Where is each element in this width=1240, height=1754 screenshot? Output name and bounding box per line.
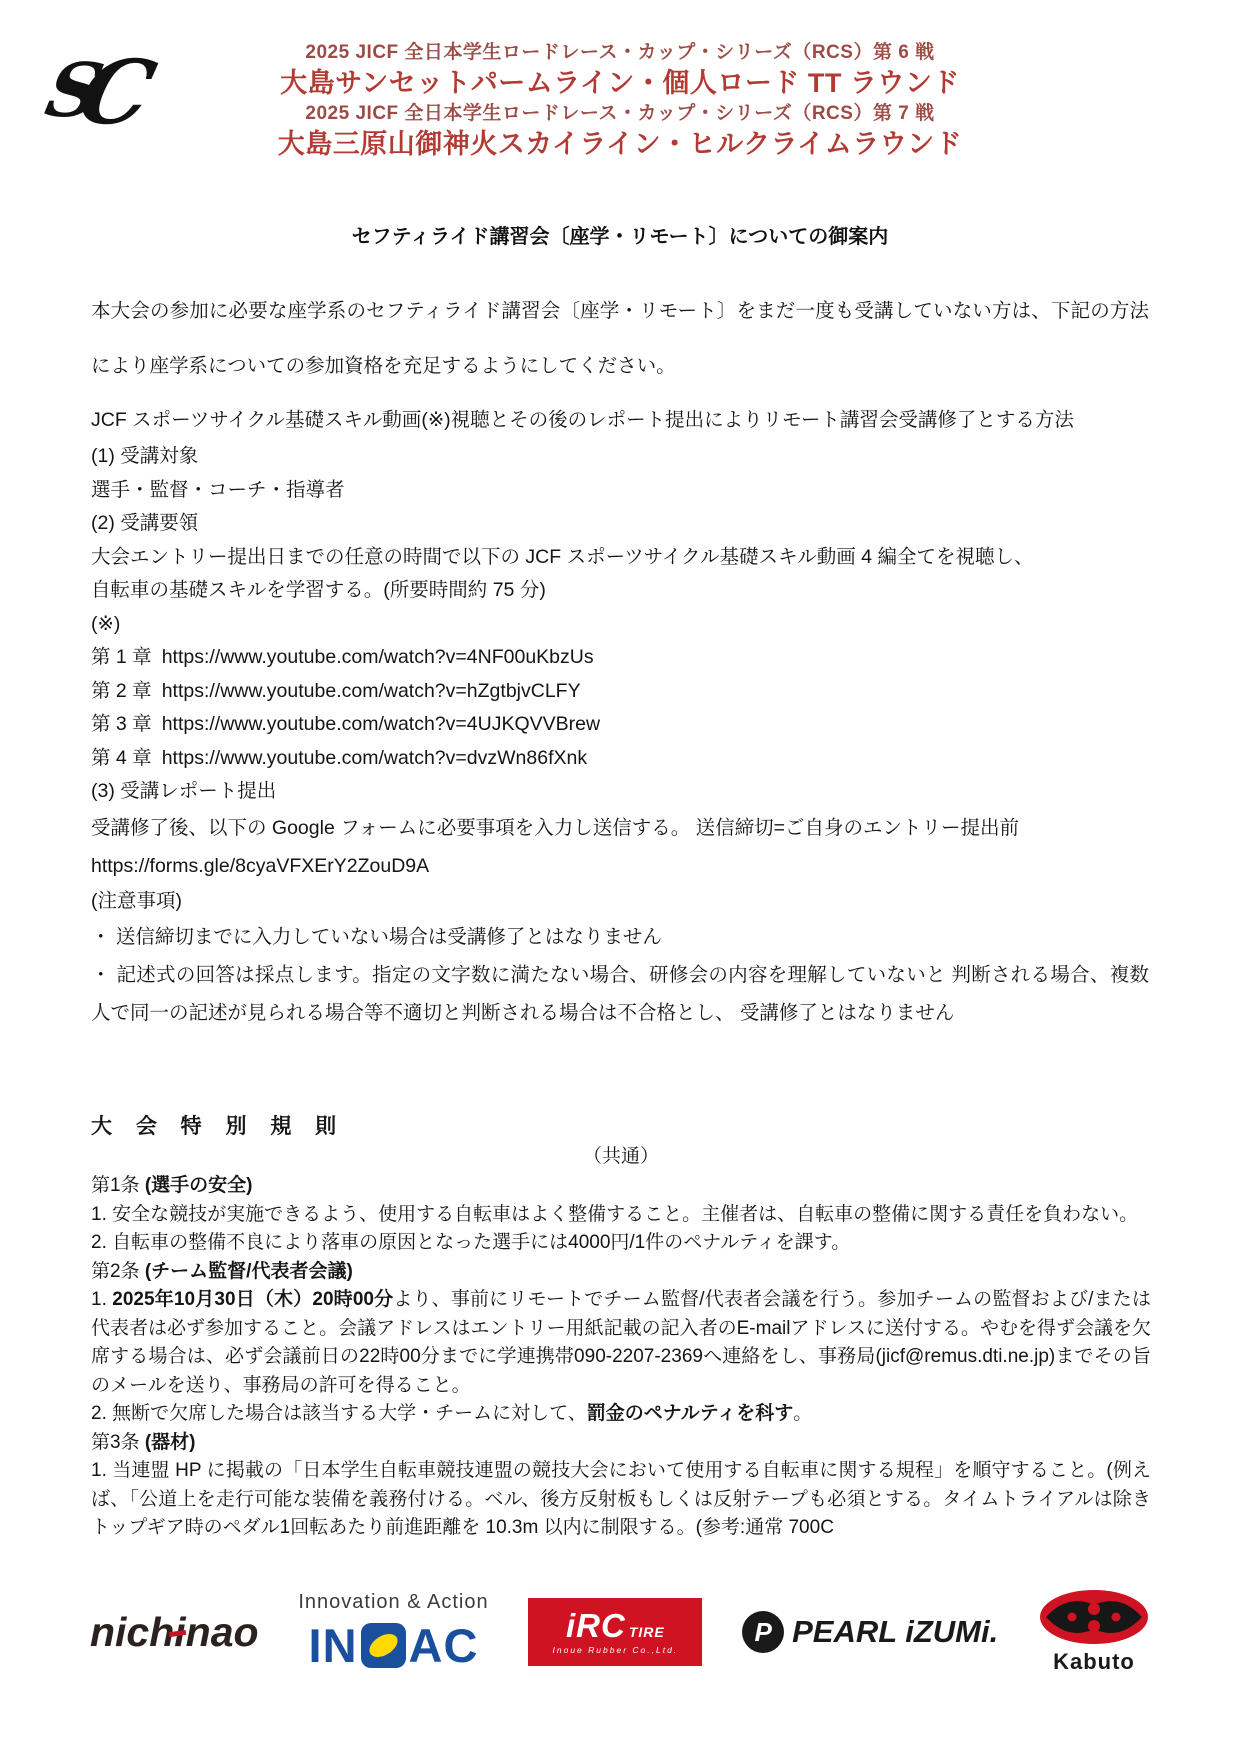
article-1-item-1: 1. 安全な競技が実施できるよう、使用する自転車はよく整備すること。主催者は、自… xyxy=(91,1201,1151,1230)
irc-wordmark: iRC TIRE xyxy=(566,1609,665,1642)
article-1-item-2: 2. 自転車の整備不良により落車の原因となった選手には4000円/1件のペナルテ… xyxy=(91,1229,1151,1258)
article-2-item-2-prefix: 2. 無断で欠席した場合は該当する大学・チームに対して、 xyxy=(91,1403,587,1424)
notice-body: 本大会の参加に必要な座学系のセフティライド講習会〔座学・リモート〕をまだ一度も受… xyxy=(91,284,1149,1032)
notes-label: (注意事項) xyxy=(91,885,1149,919)
article-2-item-2-penalty-bold: 罰金のペナルティを科す xyxy=(587,1403,794,1424)
irc-letters: iRC xyxy=(566,1609,626,1642)
google-form-link-row: https://forms.gle/8cyaVFXErY2ZouD9A xyxy=(91,847,1149,885)
chapter-2-link-row: 第 2 章https://www.youtube.com/watch?v=hZg… xyxy=(91,675,1149,709)
event-header: 2025 JICF 全日本学生ロードレース・カップ・シリーズ（RCS）第 6 戦… xyxy=(0,40,1240,162)
kabuto-emblem-icon xyxy=(1038,1589,1150,1647)
inoac-letters-ac: AC xyxy=(409,1618,479,1673)
item1-label: (1) 受講対象 xyxy=(91,440,1149,474)
article-3-number: 第3条 xyxy=(91,1432,145,1453)
intro-paragraph: 本大会の参加に必要な座学系のセフティライド講習会〔座学・リモート〕をまだ一度も受… xyxy=(91,284,1149,394)
chapter-4-label: 第 4 章 xyxy=(91,747,152,769)
method-paragraph: JCF スポーツサイクル基礎スキル動画(※)視聴とその後のレポート提出によりリモ… xyxy=(91,400,1149,440)
chapter-1-link-row: 第 1 章https://www.youtube.com/watch?v=4NF… xyxy=(91,641,1149,675)
chapter-4-url-link[interactable]: https://www.youtube.com/watch?v=dvzWn86f… xyxy=(162,747,587,769)
chapter-1-url-link[interactable]: https://www.youtube.com/watch?v=4NF00uKb… xyxy=(162,646,594,668)
event-title-hillclimb-round: 大島三原山御神火スカイライン・ヒルクライムラウンド xyxy=(0,127,1240,162)
document-page: S C 2025 JICF 全日本学生ロードレース・カップ・シリーズ（RCS）第… xyxy=(0,0,1240,1754)
pearl-izumi-p-icon: P xyxy=(742,1611,784,1653)
sponsor-logo-row: NICHINAO Innovation & Action IN AC iRC T… xyxy=(90,1580,1150,1684)
series-line-rcs6: 2025 JICF 全日本学生ロードレース・カップ・シリーズ（RCS）第 6 戦 xyxy=(0,40,1240,66)
note-bullet-1: ・ 送信締切までに入力していない場合は受講修了とはなりません xyxy=(91,918,1149,956)
inoac-yellow-ellipse-icon xyxy=(365,1629,401,1662)
sponsor-logo-nichinao: NICHINAO xyxy=(90,1609,259,1656)
sponsor-logo-kabuto: Kabuto xyxy=(1038,1589,1150,1675)
irc-company-name: Inoue Rubber Co.,Ltd. xyxy=(553,1645,679,1655)
sponsor-logo-pearl-izumi: P PEARL iZUMi. xyxy=(742,1611,998,1653)
google-form-url-link[interactable]: https://forms.gle/8cyaVFXErY2ZouD9A xyxy=(91,855,429,877)
item1-body: 選手・監督・コーチ・指導者 xyxy=(91,474,1149,508)
rules-scope-common: （共通） xyxy=(91,1142,1151,1172)
inoac-o-mark-icon xyxy=(361,1623,406,1668)
sponsor-logo-inoac: Innovation & Action IN AC xyxy=(298,1591,488,1673)
article-1-number: 第1条 xyxy=(91,1175,145,1196)
article-2-item-2-rest: 。 xyxy=(793,1403,812,1424)
chapter-2-url-link[interactable]: https://www.youtube.com/watch?v=hZgtbjvC… xyxy=(162,680,581,702)
item2-body-line1: 大会エントリー提出日までの任意の時間で以下の JCF スポーツサイクル基礎スキル… xyxy=(91,541,1149,575)
article-1-title: (選手の安全) xyxy=(145,1175,253,1196)
article-2-item-1-prefix: 1. xyxy=(91,1289,112,1310)
report-instruction: 受講修了後、以下の Google フォームに必要事項を入力し送信する。 送信締切… xyxy=(91,809,1149,847)
article-3-item-1: 1. 当連盟 HP に掲載の「日本学生自転車競技連盟の競技大会において使用する自… xyxy=(91,1457,1151,1543)
chapter-4-link-row: 第 4 章https://www.youtube.com/watch?v=dvz… xyxy=(91,742,1149,776)
series-line-rcs7: 2025 JICF 全日本学生ロードレース・カップ・シリーズ（RCS）第 7 戦 xyxy=(0,101,1240,127)
chapter-2-label: 第 2 章 xyxy=(91,680,152,702)
pearl-izumi-wordmark: PEARL iZUMi. xyxy=(792,1614,998,1650)
note-bullet-2: ・ 記述式の回答は採点します。指定の文字数に満たない場合、研修会の内容を理解して… xyxy=(91,956,1149,1032)
inoac-tagline: Innovation & Action xyxy=(298,1591,488,1614)
irc-tire-label: TIRE xyxy=(629,1624,665,1640)
safety-ride-notice-title: セフティライド講習会〔座学・リモート〕についての御案内 xyxy=(0,220,1240,249)
article-2-item-1: 1. 2025年10月30日（木）20時00分より、事前にリモートでチーム監督/… xyxy=(91,1286,1151,1400)
article-1-header: 第1条 (選手の安全) xyxy=(91,1172,1151,1201)
item2-label: (2) 受講要領 xyxy=(91,507,1149,541)
inoac-wordmark: IN AC xyxy=(298,1618,488,1673)
special-rules-section: 大 会 特 別 規 則 （共通） 第1条 (選手の安全) 1. 安全な競技が実施… xyxy=(91,1112,1151,1543)
sponsor-logo-irc-tire: iRC TIRE Inoue Rubber Co.,Ltd. xyxy=(528,1598,702,1666)
chapter-3-link-row: 第 3 章https://www.youtube.com/watch?v=4UJ… xyxy=(91,708,1149,742)
special-rules-heading: 大 会 特 別 規 則 xyxy=(91,1112,1151,1142)
chapter-1-label: 第 1 章 xyxy=(91,646,152,668)
note-mark: (※) xyxy=(91,608,1149,642)
article-3-header: 第3条 (器材) xyxy=(91,1429,1151,1458)
article-2-header: 第2条 (チーム監督/代表者会議) xyxy=(91,1258,1151,1287)
article-2-item-1-date-bold: 2025年10月30日（木）20時00分 xyxy=(112,1289,393,1310)
article-2-number: 第2条 xyxy=(91,1261,145,1282)
chapter-3-url-link[interactable]: https://www.youtube.com/watch?v=4UJKQVVB… xyxy=(162,713,600,735)
item2-body-line2: 自転車の基礎スキルを学習する。(所要時間約 75 分) xyxy=(91,574,1149,608)
item3-label: (3) 受講レポート提出 xyxy=(91,775,1149,809)
article-2-title: (チーム監督/代表者会議) xyxy=(145,1261,353,1282)
kabuto-wordmark: Kabuto xyxy=(1038,1649,1150,1675)
inoac-letters-in: IN xyxy=(309,1618,358,1673)
article-3-title: (器材) xyxy=(145,1432,196,1453)
article-2-item-2: 2. 無断で欠席した場合は該当する大学・チームに対して、罰金のペナルティを科す。 xyxy=(91,1400,1151,1429)
chapter-3-label: 第 3 章 xyxy=(91,713,152,735)
event-title-tt-round: 大島サンセットパームライン・個人ロード TT ラウンド xyxy=(0,66,1240,101)
